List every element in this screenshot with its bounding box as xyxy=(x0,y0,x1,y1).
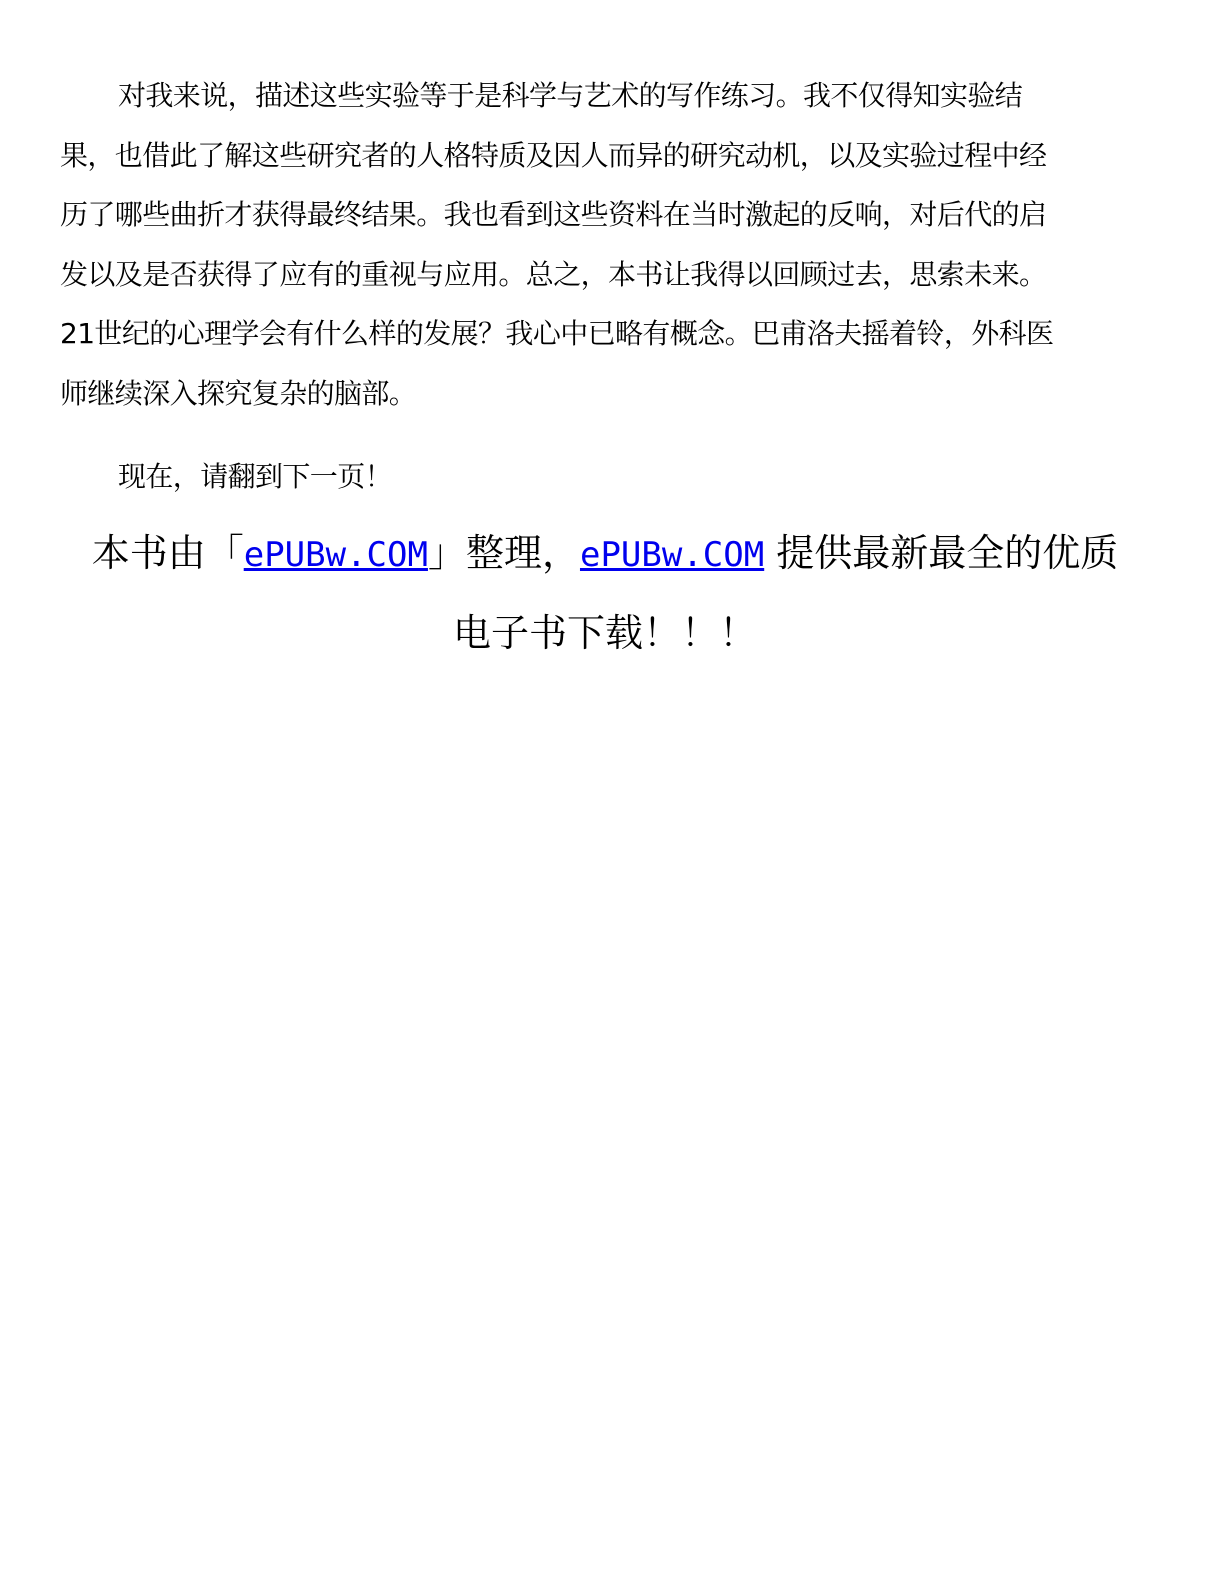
paragraph-line: 21世纪的心理学会有什么样的发展？我心中已略有概念。巴甫洛夫摇着铃，外科医 xyxy=(60,304,1170,364)
epubw-link-1[interactable]: ePUBw.COM xyxy=(244,535,428,575)
body-paragraph: 对我来说，描述这些实验等于是科学与艺术的写作练习。我不仅得知实验结 果，也借此了… xyxy=(60,66,1170,423)
paragraph-line: 历了哪些曲折才获得最终结果。我也看到这些资料在当时激起的反响，对后代的启 xyxy=(60,185,1170,245)
source-footer: 本书由「ePUBw.COM」整理，ePUBw.COM 提供最新最全的优质 电子书… xyxy=(50,514,1160,672)
closing-line: 现在，请翻到下一页！ xyxy=(118,452,392,502)
paragraph-line: 果，也借此了解这些研究者的人格特质及因人而异的研究动机，以及实验过程中经 xyxy=(60,126,1170,186)
footer-middle: 」整理， xyxy=(428,531,580,575)
footer-line-1: 本书由「ePUBw.COM」整理，ePUBw.COM 提供最新最全的优质 xyxy=(50,514,1160,594)
paragraph-line: 发以及是否获得了应有的重视与应用。总之，本书让我得以回顾过去，思索未来。 xyxy=(60,245,1170,305)
footer-line-2: 电子书下载！！！ xyxy=(50,594,1160,672)
footer-prefix: 本书由「 xyxy=(92,531,244,575)
document-page: 对我来说，描述这些实验等于是科学与艺术的写作练习。我不仅得知实验结 果，也借此了… xyxy=(0,0,1224,1584)
epubw-link-2[interactable]: ePUBw.COM xyxy=(580,535,764,575)
paragraph-line: 对我来说，描述这些实验等于是科学与艺术的写作练习。我不仅得知实验结 xyxy=(60,66,1170,126)
paragraph-line: 师继续深入探究复杂的脑部。 xyxy=(60,364,1170,424)
footer-suffix: 提供最新最全的优质 xyxy=(764,531,1118,575)
